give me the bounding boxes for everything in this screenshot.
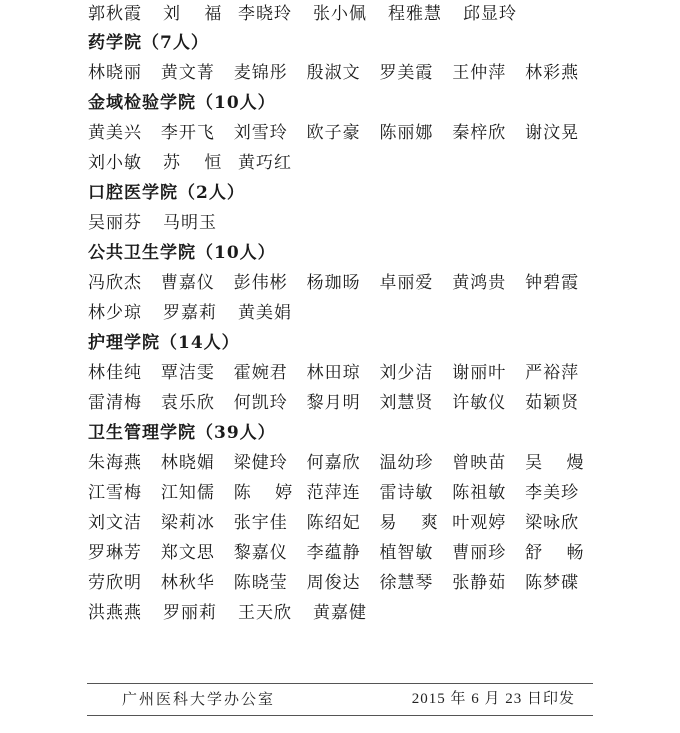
person-name: 易 爽	[379, 508, 452, 538]
issuing-organization: 广州医科大学办公室	[122, 684, 275, 714]
person-name: 霍婉君	[234, 358, 307, 388]
person-name: 谢丽叶	[452, 358, 525, 388]
person-name: 吴丽芬	[88, 208, 163, 238]
person-name: 李美珍	[525, 478, 598, 508]
person-name: 黄嘉健	[313, 598, 388, 628]
person-name: 洪燕燕	[88, 598, 163, 628]
person-name: 林秋华	[161, 568, 234, 598]
person-name: 曾映苗	[452, 448, 525, 478]
name-row: 劳欣明林秋华陈晓莹周俊达徐慧琴张静茹陈梦碟	[88, 568, 598, 598]
person-name: 江雪梅	[88, 478, 161, 508]
person-name: 许敏仪	[452, 388, 525, 418]
person-name: 陈晓莹	[234, 568, 307, 598]
section-heading: 卫生管理学院（39人）	[88, 418, 598, 448]
person-name: 林佳纯	[88, 358, 161, 388]
person-name: 郑文思	[161, 538, 234, 568]
person-name: 黎嘉仪	[234, 538, 307, 568]
person-name: 罗丽莉	[163, 598, 238, 628]
person-name: 严裕萍	[525, 358, 598, 388]
person-name: 杨珈旸	[307, 268, 380, 298]
person-name: 梁健玲	[234, 448, 307, 478]
person-name: 黎月明	[307, 388, 380, 418]
person-name: 刘文洁	[88, 508, 161, 538]
name-row: 刘文洁梁莉冰张宇佳陈绍妃易 爽叶观婷梁咏欣	[88, 508, 598, 538]
person-name: 麦锦彤	[234, 58, 307, 88]
person-name: 黄美娟	[238, 298, 313, 328]
person-name: 李开飞	[161, 118, 234, 148]
person-name: 郭秋霞	[88, 0, 163, 28]
person-name: 刘小敏	[88, 148, 163, 178]
person-name: 王仲萍	[452, 58, 525, 88]
name-row: 林佳纯覃洁雯霍婉君林田琼刘少洁谢丽叶严裕萍	[88, 358, 598, 388]
name-row: 冯欣杰曹嘉仪彭伟彬杨珈旸卓丽爱黄鸿贵钟碧霞	[88, 268, 598, 298]
person-name: 江知儒	[161, 478, 234, 508]
person-name: 雷清梅	[88, 388, 161, 418]
person-name: 林晓丽	[88, 58, 161, 88]
person-name: 黄鸿贵	[452, 268, 525, 298]
person-name: 覃洁雯	[161, 358, 234, 388]
person-name: 陈梦碟	[525, 568, 598, 598]
person-name: 何凯玲	[234, 388, 307, 418]
person-name: 刘少洁	[379, 358, 452, 388]
person-name: 苏 恒	[163, 148, 238, 178]
person-name: 曹嘉仪	[161, 268, 234, 298]
person-name: 林彩燕	[525, 58, 598, 88]
person-name: 梁莉冰	[161, 508, 234, 538]
person-name: 程雅慧	[388, 0, 463, 28]
person-name: 欧子豪	[307, 118, 380, 148]
name-row: 洪燕燕罗丽莉王天欣黄嘉健	[88, 598, 598, 628]
document-footer: 广州医科大学办公室 2015 年 6 月 23 日印发	[87, 683, 593, 716]
person-name: 彭伟彬	[234, 268, 307, 298]
name-row: 林少琼罗嘉莉黄美娟	[88, 298, 598, 328]
person-name: 卓丽爱	[379, 268, 452, 298]
section-heading: 公共卫生学院（10人）	[88, 238, 598, 268]
person-name: 周俊达	[307, 568, 380, 598]
person-name: 叶观婷	[452, 508, 525, 538]
person-name: 刘雪玲	[234, 118, 307, 148]
person-name: 陈祖敏	[452, 478, 525, 508]
person-name: 朱海燕	[88, 448, 161, 478]
name-row: 江雪梅江知儒陈 婷范萍连雷诗敏陈祖敏李美珍	[88, 478, 598, 508]
person-name: 林少琼	[88, 298, 163, 328]
person-name: 刘慧贤	[379, 388, 452, 418]
person-name: 邱显玲	[463, 0, 538, 28]
person-name: 张静茹	[452, 568, 525, 598]
person-name: 陈丽娜	[379, 118, 452, 148]
name-list-document: 郭秋霞刘 福李晓玲张小佩程雅慧邱显玲药学院（7人）林晓丽黄文菁麦锦彤殷淑文罗美霞…	[88, 0, 598, 628]
person-name: 冯欣杰	[88, 268, 161, 298]
person-name: 劳欣明	[88, 568, 161, 598]
person-name: 殷淑文	[307, 58, 380, 88]
section-heading: 金域检验学院（10人）	[88, 88, 598, 118]
person-name: 雷诗敏	[379, 478, 452, 508]
person-name: 罗美霞	[379, 58, 452, 88]
person-name: 袁乐欣	[161, 388, 234, 418]
person-name: 黄文菁	[161, 58, 234, 88]
person-name: 温幼珍	[379, 448, 452, 478]
person-name: 曹丽珍	[452, 538, 525, 568]
person-name: 陈 婷	[234, 478, 307, 508]
section-heading: 口腔医学院（2人）	[88, 178, 598, 208]
person-name: 植智敏	[379, 538, 452, 568]
name-row: 雷清梅袁乐欣何凯玲黎月明刘慧贤许敏仪茹颖贤	[88, 388, 598, 418]
person-name: 钟碧霞	[525, 268, 598, 298]
person-name: 谢汶晃	[525, 118, 598, 148]
person-name: 黄巧红	[238, 148, 313, 178]
person-name: 梁咏欣	[525, 508, 598, 538]
name-row: 郭秋霞刘 福李晓玲张小佩程雅慧邱显玲	[88, 0, 598, 28]
section-heading: 药学院（7人）	[88, 28, 598, 58]
name-row: 朱海燕林晓媚梁健玲何嘉欣温幼珍曾映苗吴 熳	[88, 448, 598, 478]
person-name: 王天欣	[238, 598, 313, 628]
person-name: 张小佩	[313, 0, 388, 28]
person-name: 舒 畅	[525, 538, 598, 568]
name-row: 刘小敏苏 恒黄巧红	[88, 148, 598, 178]
section-heading: 护理学院（14人）	[88, 328, 598, 358]
person-name: 林晓媚	[161, 448, 234, 478]
person-name: 何嘉欣	[307, 448, 380, 478]
person-name: 茹颖贤	[525, 388, 598, 418]
person-name: 李晓玲	[238, 0, 313, 28]
person-name: 罗嘉莉	[163, 298, 238, 328]
name-row: 吴丽芬马明玉	[88, 208, 598, 238]
name-row: 罗琳芳郑文思黎嘉仪李蕴静植智敏曹丽珍舒 畅	[88, 538, 598, 568]
person-name: 秦梓欣	[452, 118, 525, 148]
person-name: 罗琳芳	[88, 538, 161, 568]
name-row: 黄美兴李开飞刘雪玲欧子豪陈丽娜秦梓欣谢汶晃	[88, 118, 598, 148]
person-name: 马明玉	[163, 208, 238, 238]
person-name: 李蕴静	[307, 538, 380, 568]
person-name: 林田琼	[307, 358, 380, 388]
person-name: 刘 福	[163, 0, 238, 28]
name-row: 林晓丽黄文菁麦锦彤殷淑文罗美霞王仲萍林彩燕	[88, 58, 598, 88]
person-name: 范萍连	[307, 478, 380, 508]
person-name: 徐慧琴	[379, 568, 452, 598]
person-name: 陈绍妃	[307, 508, 380, 538]
person-name: 吴 熳	[525, 448, 598, 478]
person-name: 黄美兴	[88, 118, 161, 148]
issue-date: 2015 年 6 月 23 日印发	[412, 684, 575, 714]
person-name: 张宇佳	[234, 508, 307, 538]
